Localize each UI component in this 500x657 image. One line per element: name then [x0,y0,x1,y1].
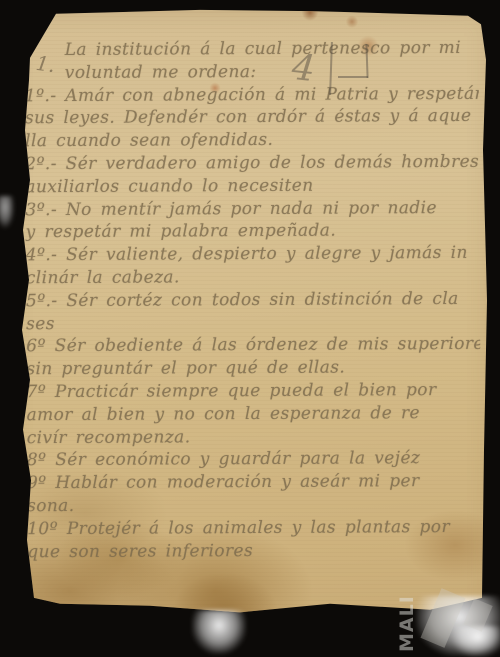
handwritten-line-19: 8º Sér económico y guardár para la vejéz [27,447,481,472]
torn-fiber-tuft-bottom-center [192,610,246,654]
photo-background: { "photo": { "background_color": "#0c0a0… [0,0,500,657]
handwriting-block: La institución á la cual pertenesco por … [25,37,482,573]
handwritten-line-2: voluntad me ordena: [65,60,479,85]
torn-fiber-tuft-bottom-right-2 [452,626,500,657]
handwritten-line-10: 4º.- Sér valiente, despierto y alegre y … [26,242,480,267]
manuscript-page: 1. La institución á la cual pertenesco p… [0,0,500,657]
handwritten-line-9: y respetár mi palabra empeñada. [26,219,480,244]
handwritten-line-8: 3º.- No mentír jamás por nada ni por nad… [25,196,479,221]
handwritten-line-3: 1º.- Amár con abnegación á mi Patria y r… [25,82,479,107]
handwritten-line-4: sus leyes. Defendér con ardór á éstas y … [25,105,479,130]
handwritten-line-18: civír recompenza. [27,424,481,449]
handwritten-line-16: 7º Practicár siempre que pueda el bien p… [26,379,480,404]
handwritten-line-13: ses [26,310,480,335]
pencil-stroke-horizontal [338,76,368,78]
handwritten-line-6: 2º.- Sér verdadero amigo de los demás ho… [25,151,479,176]
handwritten-line-21: sona. [27,493,481,518]
archive-photo: 1. La institución á la cual pertenesco p… [0,0,500,657]
handwritten-line-20: 9º Hablár con moderación y aseár mi per [27,470,481,495]
handwritten-line-1: La institución á la cual pertenesco por … [65,37,479,62]
torn-fiber-tuft-left-edge [0,196,14,228]
handwritten-line-7: auxiliarlos cuando lo necesiten [25,174,479,199]
handwritten-line-17: amor al bien y no con la esperanza de re [27,402,481,427]
handwritten-line-14: 6º Sér obediente á las órdenez de mis su… [26,333,480,358]
handwritten-line-5: lla cuando sean ofendidas. [25,128,479,153]
handwritten-line-12: 5º.- Sér cortéz con todos sin distinción… [26,288,480,313]
handwritten-line-11: clinár la cabeza. [26,265,480,290]
mali-watermark-text: MALI [396,588,420,652]
pencil-mark-4: 4 [290,47,317,90]
handwritten-line-22: 10º Protejér á los animales y las planta… [27,516,481,541]
handwritten-line-23: que son seres inferiores [27,538,481,563]
handwritten-line-15: sin preguntár el por qué de ellas. [26,356,480,381]
